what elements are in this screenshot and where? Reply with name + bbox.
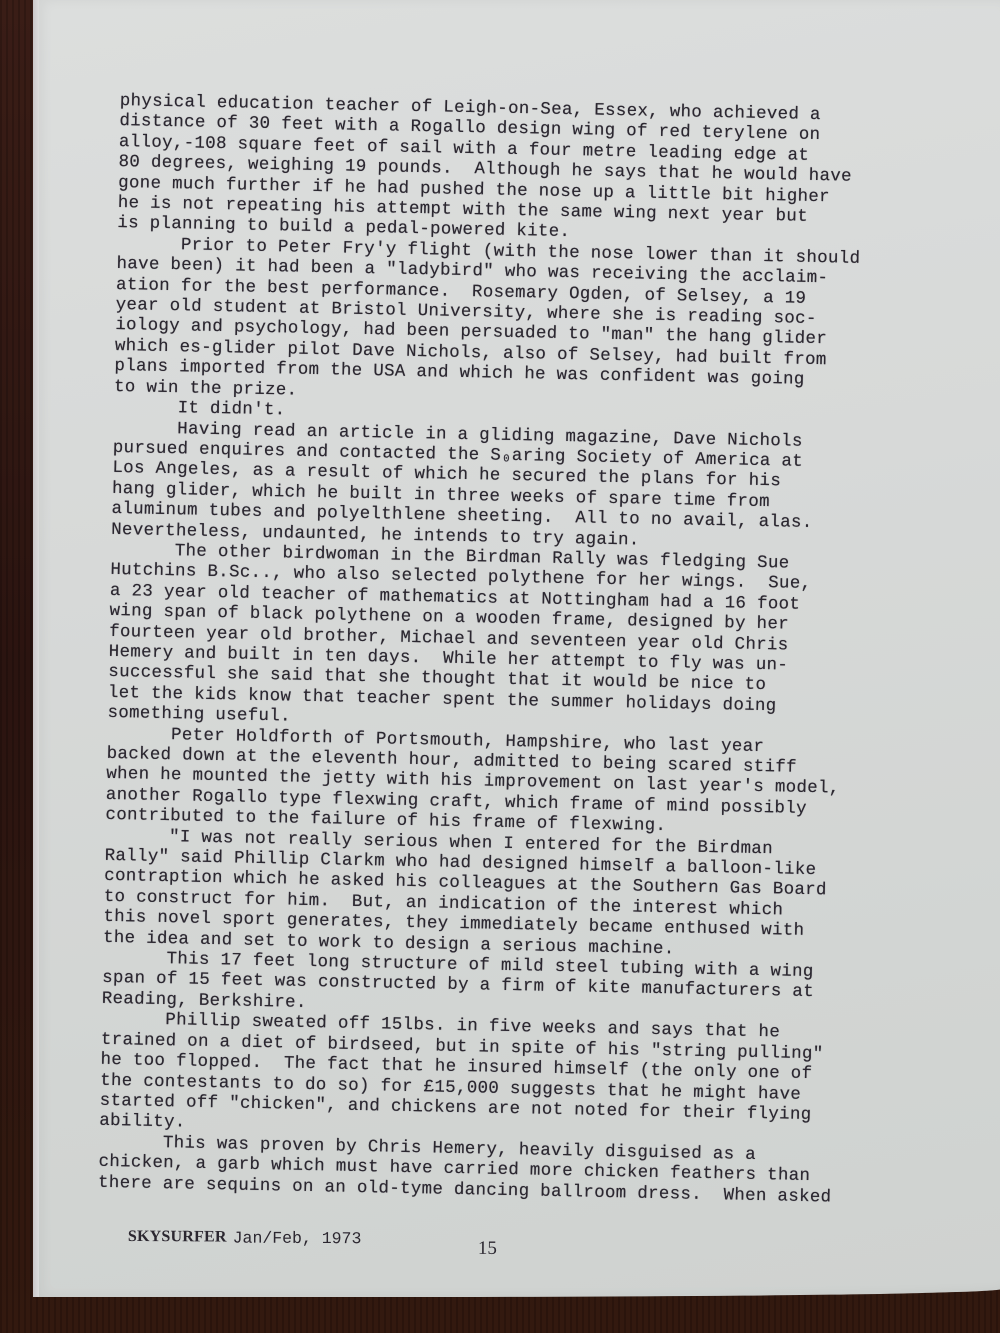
article-paragraph: Prior to Peter Fry'y flight (with the no… <box>114 235 977 415</box>
article-body: physical education teacher of Leigh-on-S… <box>98 92 980 1211</box>
issue-date: Jan/Feb, 1973 <box>233 1229 362 1249</box>
article-paragraph: Having read an article in a gliding maga… <box>111 418 973 558</box>
article-paragraph: "I was not really serious when I entered… <box>103 826 965 966</box>
article-paragraph: Phillip sweated off 15lbs. in five weeks… <box>99 1010 961 1150</box>
article-paragraph: The other birdwoman in the Birdman Rally… <box>107 541 971 742</box>
publication-name: SKYSURFER <box>128 1228 227 1248</box>
article-paragraph: Peter Holdforth of Portsmouth, Hampshire… <box>105 724 967 843</box>
page-number: 15 <box>478 1238 497 1260</box>
page-footer: SKYSURFER Jan/Feb, 1973 15 <box>128 1228 362 1248</box>
page-stack-edge <box>33 0 39 1297</box>
article-paragraph: physical education teacher of Leigh-on-S… <box>117 92 980 252</box>
